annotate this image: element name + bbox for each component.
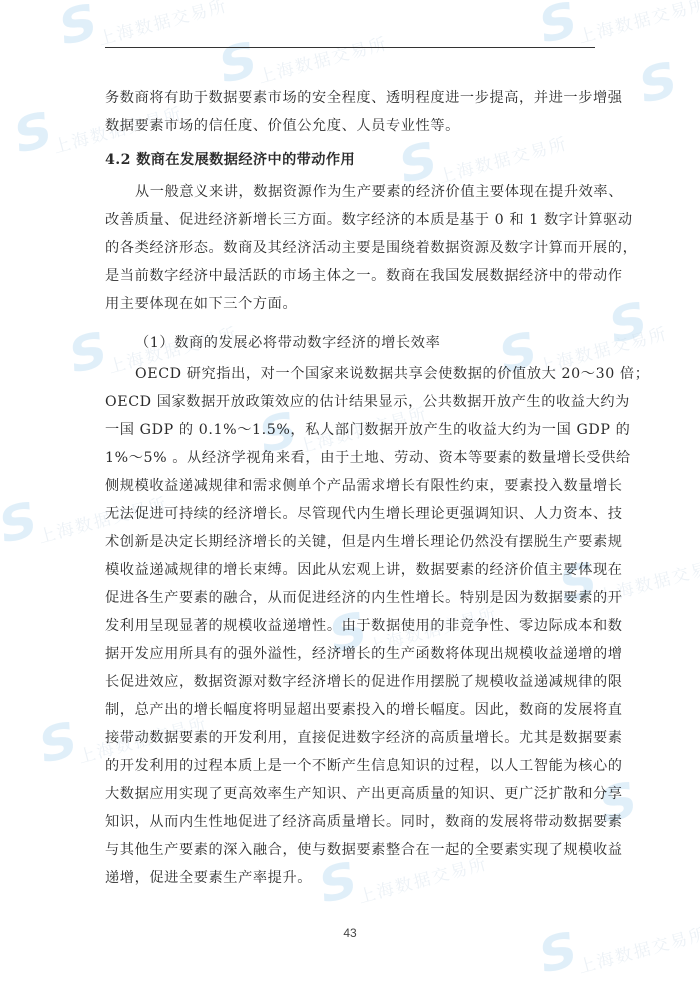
paragraph-line: 知识，从而内生性地促进了经济高质量增长。同时，数商的发展将带动数据要素 (105, 808, 595, 836)
watermark-text: 上海数据交易所 (575, 0, 700, 48)
paragraph-line: 与其他生产要素的深入融合，使与数据要素整合在一起的全要素实现了规模收益 (105, 836, 595, 864)
paragraph-line: 是当前数字经济中最活跃的市场主体之一。数商在我国发展数据经济中的带动作 (105, 262, 595, 290)
page-number: 43 (0, 926, 700, 940)
paragraph-line: 递增，促进全要素生产率提升。 (105, 864, 595, 892)
paragraph-line: 术创新是决定长期经济增长的关键，但是内生增长理论仍然没有摆脱生产要素规 (105, 528, 595, 556)
watermark-logo-icon: S (218, 36, 255, 89)
header-rule (105, 47, 595, 48)
carryover-paragraph: 务数商将有助于数据要素市场的安全程度、透明程度进一步提高，并进一步增强 数据要素… (105, 84, 595, 140)
paragraph-line: 发利用呈现显著的规模收益递增性。由于数据使用的非竞争性、零边际成本和数 (105, 612, 595, 640)
watermark-logo-icon: S (38, 716, 75, 769)
watermark-logo-icon: S (608, 296, 645, 349)
paragraph-line: 促进各生产要素的融合，从而促进经济的内生性增长。特别是因为数据要素的开 (105, 584, 595, 612)
paragraph-line: 接带动数据要素的开发利用，直接促进数字经济的高质量增长。尤其是数据要素 (105, 724, 595, 752)
paragraph-line: 1%～5% 。从经济学视角来看，由于土地、劳动、资本等要素的数量增长受供给 (105, 444, 595, 472)
watermark-logo-icon: S (13, 106, 50, 159)
watermark-logo-icon: S (68, 326, 105, 379)
paragraph-line: OECD 国家数据开放政策效应的估计结果显示，公共数据开放产生的收益大约为 (105, 388, 595, 416)
subsection-heading: （1）数商的发展必将带动数字经济的增长效率 (105, 329, 595, 357)
paragraph-line: 无法促进可持续的经济增长。尽管现代内生增长理论更强调知识、人力资本、技 (105, 500, 595, 528)
page-body: 务数商将有助于数据要素市场的安全程度、透明程度进一步提高，并进一步增强 数据要素… (105, 84, 595, 892)
paragraph-line: 大数据应用实现了更高效率生产知识、产出更高质量的知识、更广泛扩散和分享 (105, 780, 595, 808)
paragraph-line: 模收益递减规律的增长束缚。因此从宏观上讲，数据要素的经济价值主要体现在 (105, 556, 595, 584)
watermark-logo-icon: S (58, 0, 95, 52)
paragraph-line: 侧规模收益递减规律和需求侧单个产品需求增长有限性约束，要素投入数量增长 (105, 472, 595, 500)
watermark-text: 上海数据交易所 (255, 29, 390, 88)
paragraph-line: 制，总产出的增长幅度将明显超出要素投入的增长幅度。因此，数商的发展将直 (105, 696, 595, 724)
paragraph-line: 的开发利用的过程本质上是一个不断产生信息知识的过程，以人工智能为核心的 (105, 752, 595, 780)
paragraph-line: 一国 GDP 的 0.1%～1.5%，私人部门数据开放产生的收益大约为一国 GD… (105, 416, 595, 444)
body-paragraph: OECD 研究指出，对一个国家来说数据共享会使数据的价值放大 20～30 倍； … (105, 360, 595, 892)
paragraph-line: 务数商将有助于数据要素市场的安全程度、透明程度进一步提高，并进一步增强 (105, 84, 595, 112)
paragraph-line: 用主要体现在如下三个方面。 (105, 290, 595, 318)
paragraph-line: OECD 研究指出，对一个国家来说数据共享会使数据的价值放大 20～30 倍； (105, 360, 595, 388)
paragraph-line: 据开发应用所具有的强外溢性，经济增长的生产函数将体现出规模收益递增的增 (105, 640, 595, 668)
paragraph-line: 数据要素市场的信任度、价值公允度、人员专业性等。 (105, 112, 595, 140)
watermark-logo-icon: S (638, 56, 675, 109)
paragraph-line: 的各类经济形态。数商及其经济活动主要是围绕着数据资源及数字计算而开展的， (105, 234, 595, 262)
paragraph-line: 长促进效应，数据资源对数字经济增长的促进作用摆脱了规模收益递减规律的限 (105, 668, 595, 696)
paragraph-line: 从一般意义来讲，数据资源作为生产要素的经济价值主要体现在提升效率、 (105, 178, 595, 206)
intro-paragraph: 从一般意义来讲，数据资源作为生产要素的经济价值主要体现在提升效率、 改善质量、促… (105, 178, 595, 318)
section-heading: 4.2 数商在发展数据经济中的带动作用 (105, 146, 595, 174)
watermark-logo-icon: S (538, 0, 575, 50)
watermark-text: 上海数据交易所 (95, 0, 230, 50)
paragraph-line: 改善质量、促进经济新增长三方面。数字经济的本质是基于 0 和 1 数字计算驱动 (105, 206, 595, 234)
watermark-logo-icon: S (0, 496, 36, 549)
